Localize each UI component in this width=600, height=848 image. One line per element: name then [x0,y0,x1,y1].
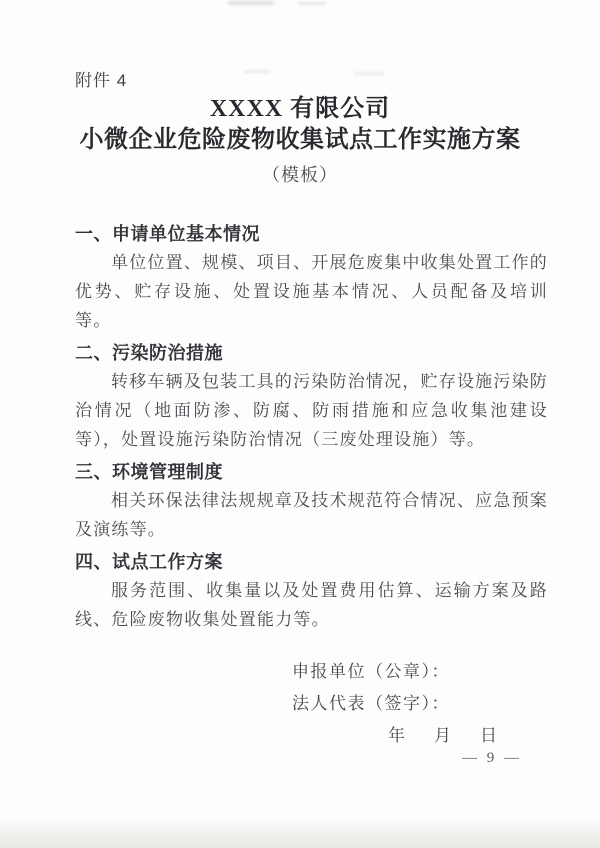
section-3-body: 相关环保法律法规规章及技术规范符合情况、应急预案及演练等。 [75,486,548,544]
section-1-heading: 一、申请单位基本情况 [75,220,548,248]
scan-artifact-top-smudge [298,2,326,5]
signature-representative-line: 法人代表（签字）： [292,688,503,720]
section-4-heading: 四、试点工作方案 [75,548,548,576]
document-subtitle-template: （模板） [0,164,600,186]
scanned-document-page: 附件 4 XXXX 有限公司 小微企业危险废物收集试点工作实施方案 （模板） 一… [0,0,600,848]
scan-artifact-faint-mark [244,70,270,73]
signature-unit-line: 申报单位（公章）： [292,656,503,688]
signature-date-line: 年 月 日 [292,720,503,752]
document-title-block: XXXX 有限公司 小微企业危险废物收集试点工作实施方案 （模板） [0,95,600,186]
scan-artifact-bottom-shadow [0,818,600,848]
attachment-label: 附件 4 [75,70,127,92]
scan-artifact-faint-mark [354,72,384,75]
page-number: — 9 — [462,750,522,767]
document-title-company: XXXX 有限公司 [0,95,600,123]
section-2-body: 转移车辆及包装工具的污染防治情况，贮存设施污染防治情况（地面防渗、防腐、防雨措施… [75,367,548,454]
signature-block: 申报单位（公章）： 法人代表（签字）： 年 月 日 [292,656,503,752]
section-1-body: 单位位置、规模、项目、开展危废集中收集处置工作的优势、贮存设施、处置设施基本情况… [75,248,548,335]
section-3-heading: 三、环境管理制度 [75,458,548,486]
document-title-main: 小微企业危险废物收集试点工作实施方案 [0,125,600,155]
document-body: 一、申请单位基本情况 单位位置、规模、项目、开展危废集中收集处置工作的优势、贮存… [75,220,548,634]
section-4-body: 服务范围、收集量以及处置费用估算、运输方案及路线、危险废物收集处置能力等。 [75,576,548,634]
section-2-heading: 二、污染防治措施 [75,339,548,367]
scan-artifact-top-smudge [228,1,274,5]
